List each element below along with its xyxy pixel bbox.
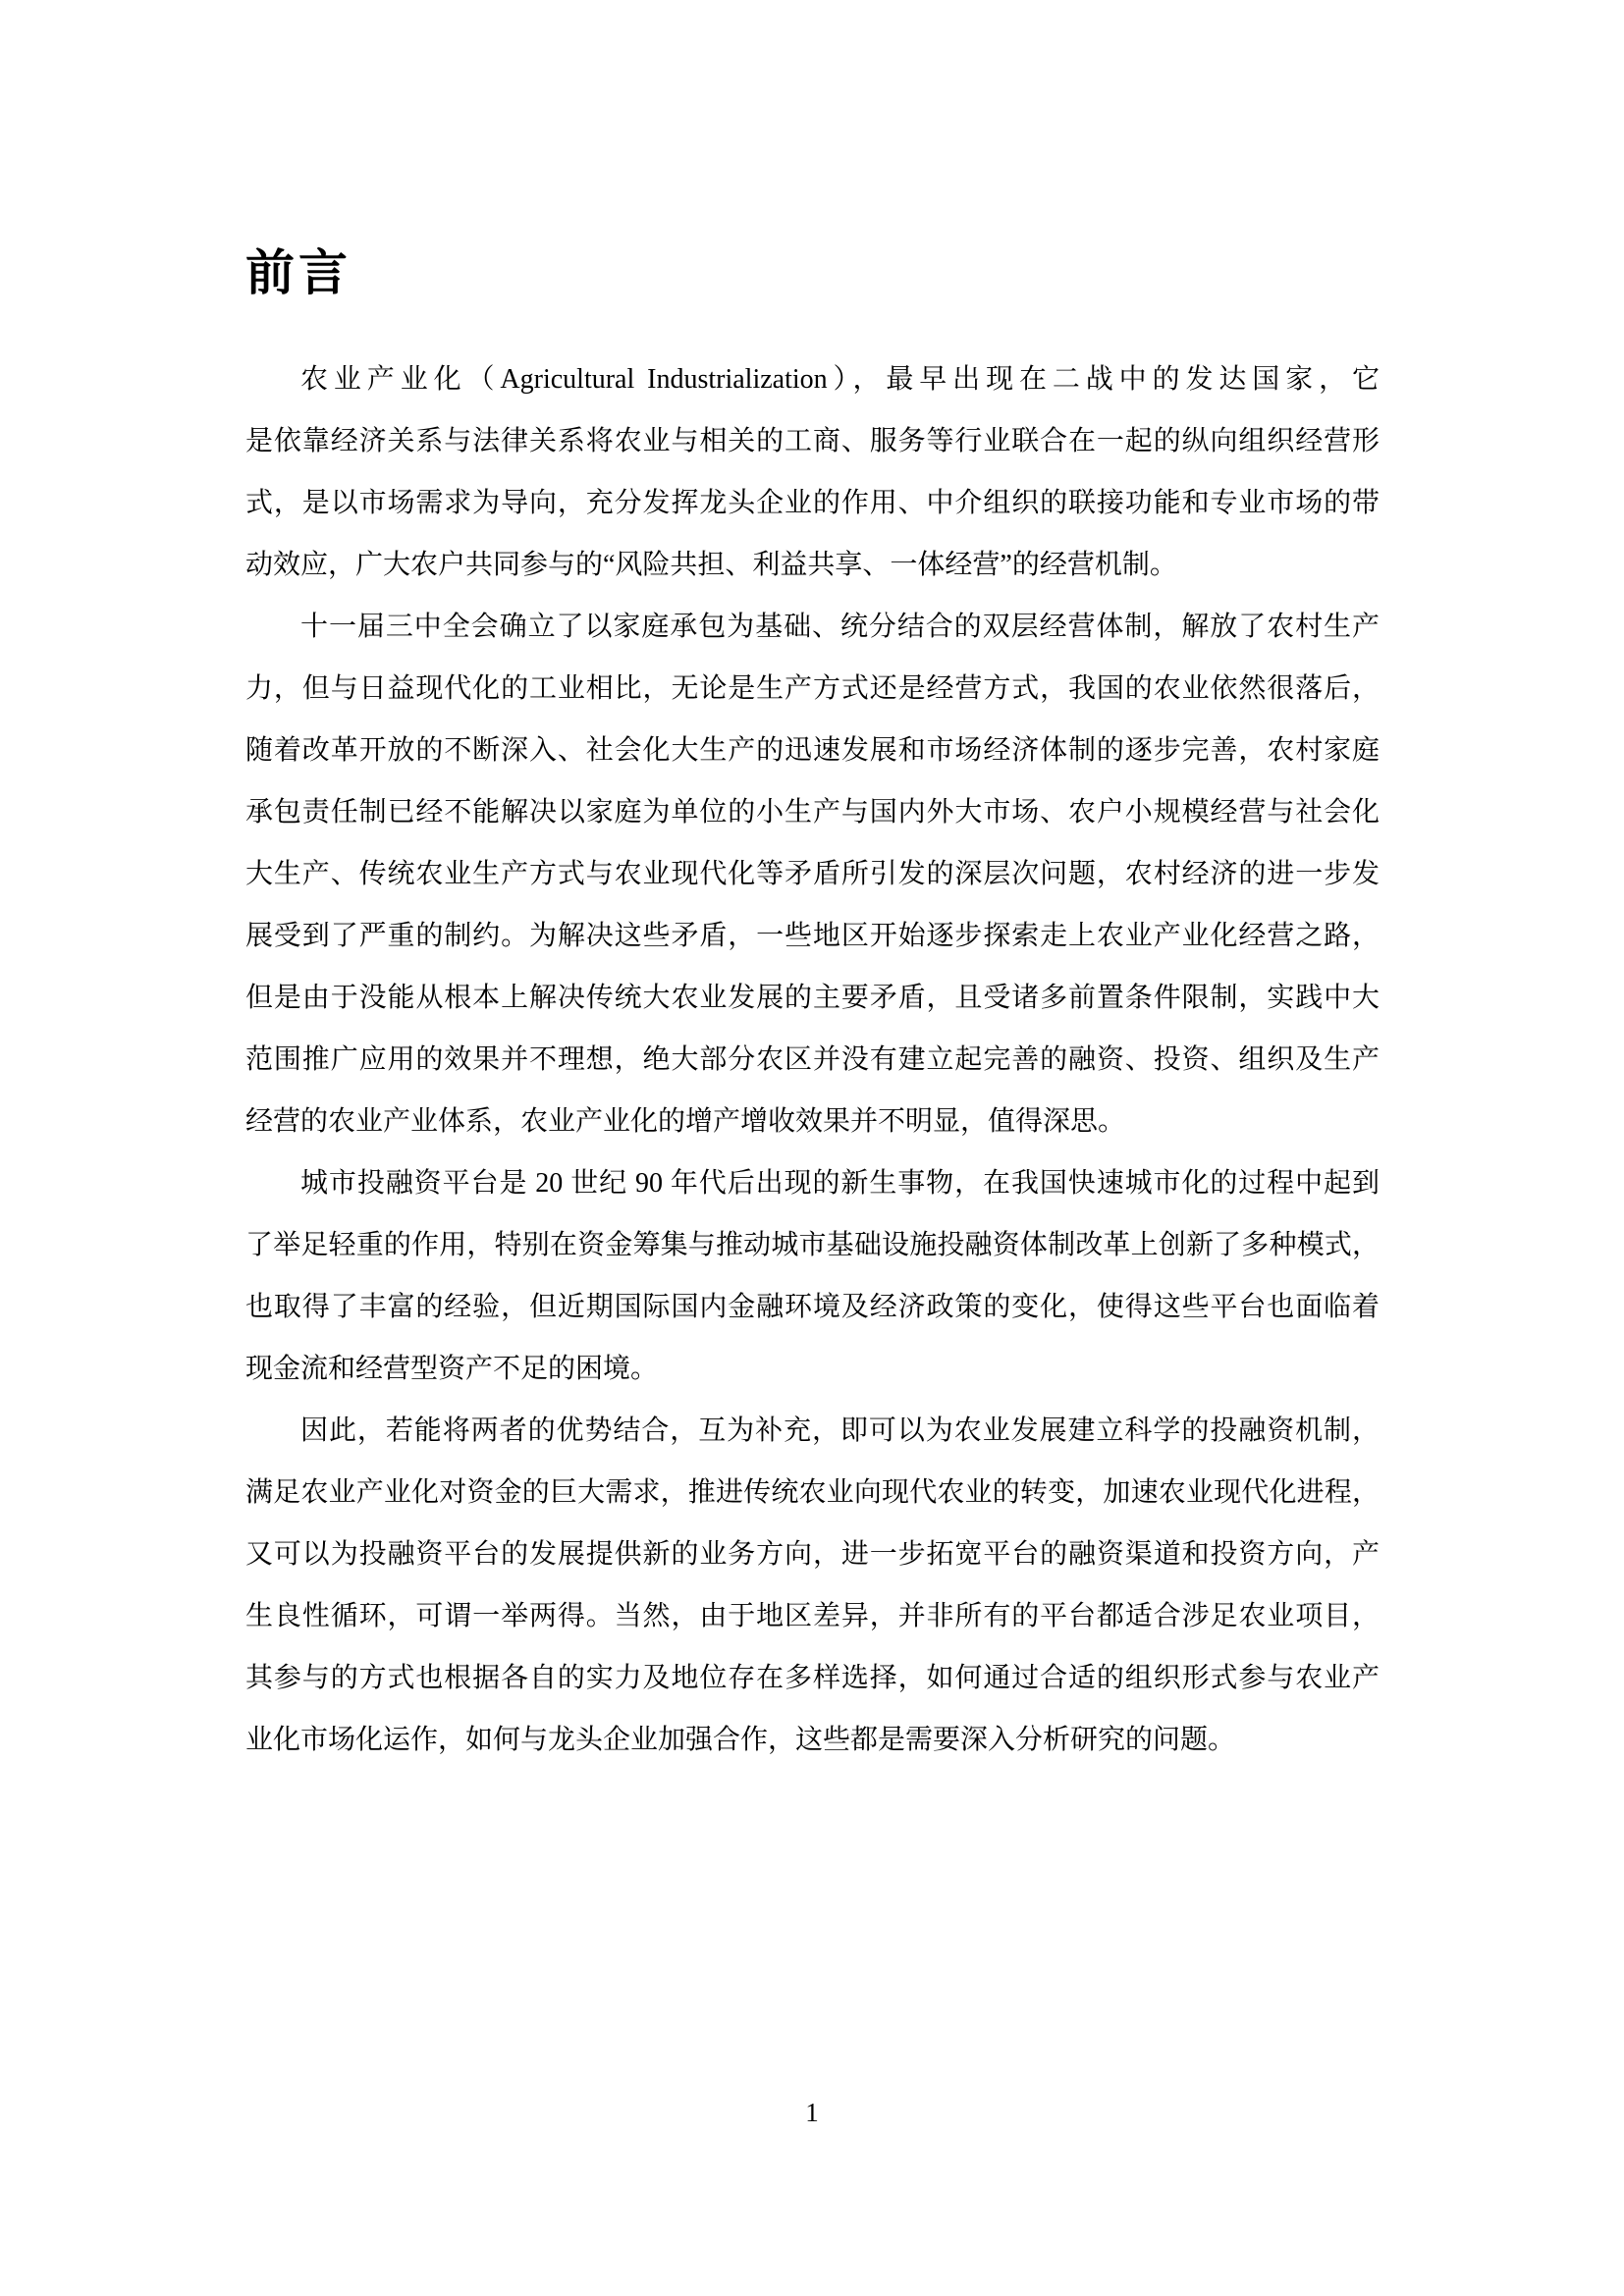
text-line: 其参与的方式也根据各自的实力及地位存在多样选择，如何通过合适的组织形式参与农业产: [245, 1647, 1380, 1709]
paragraph: 因此，若能将两者的优势结合，互为补充，即可以为农业发展建立科学的投融资机制，满足…: [245, 1400, 1380, 1771]
page-number: 1: [0, 2095, 1624, 2130]
text-line: 现金流和经营型资产不足的困境。: [245, 1338, 1380, 1400]
text-line: 展受到了严重的制约。为解决这些矛盾，一些地区开始逐步探索走上农业产业化经营之路，: [245, 905, 1380, 967]
page-title: 前言: [245, 245, 352, 302]
paragraph: 农业产业化（Agricultural Industrialization），最早…: [245, 348, 1380, 596]
text-line: 动效应，广大农户共同参与的“风险共担、利益共享、一体经营”的经营机制。: [245, 534, 1380, 596]
text-line: 但是由于没能从根本上解决传统大农业发展的主要矛盾，且受诸多前置条件限制，实践中大: [245, 967, 1380, 1029]
text-line: 城市投融资平台是 20 世纪 90 年代后出现的新生事物，在我国快速城市化的过程…: [245, 1152, 1380, 1214]
text-line: 也取得了丰富的经验，但近期国际国内金融环境及经济政策的变化，使得这些平台也面临着: [245, 1276, 1380, 1338]
text-line: 生良性循环，可谓一举两得。当然，由于地区差异，并非所有的平台都适合涉足农业项目，: [245, 1585, 1380, 1647]
text-line: 农业产业化（Agricultural Industrialization），最早…: [245, 348, 1380, 410]
text-line: 承包责任制已经不能解决以家庭为单位的小生产与国内外大市场、农户小规模经营与社会化: [245, 781, 1380, 843]
text-line: 了举足轻重的作用，特别在资金筹集与推动城市基础设施投融资体制改革上创新了多种模式…: [245, 1214, 1380, 1276]
text-line: 十一届三中全会确立了以家庭承包为基础、统分结合的双层经营体制，解放了农村生产: [245, 596, 1380, 658]
body-text: 农业产业化（Agricultural Industrialization），最早…: [245, 348, 1380, 1771]
text-line: 是依靠经济关系与法律关系将农业与相关的工商、服务等行业联合在一起的纵向组织经营形: [245, 410, 1380, 472]
paragraph: 城市投融资平台是 20 世纪 90 年代后出现的新生事物，在我国快速城市化的过程…: [245, 1152, 1380, 1400]
paragraph: 十一届三中全会确立了以家庭承包为基础、统分结合的双层经营体制，解放了农村生产力，…: [245, 596, 1380, 1152]
text-line: 因此，若能将两者的优势结合，互为补充，即可以为农业发展建立科学的投融资机制，: [245, 1400, 1380, 1462]
document-page: 前言 农业产业化（Agricultural Industrialization）…: [0, 0, 1624, 2296]
text-line: 力，但与日益现代化的工业相比，无论是生产方式还是经营方式，我国的农业依然很落后，: [245, 658, 1380, 720]
text-line: 业化市场化运作，如何与龙头企业加强合作，这些都是需要深入分析研究的问题。: [245, 1709, 1380, 1771]
text-line: 满足农业产业化对资金的巨大需求，推进传统农业向现代农业的转变，加速农业现代化进程…: [245, 1462, 1380, 1523]
text-line: 随着改革开放的不断深入、社会化大生产的迅速发展和市场经济体制的逐步完善，农村家庭: [245, 720, 1380, 781]
text-line: 大生产、传统农业生产方式与农业现代化等矛盾所引发的深层次问题，农村经济的进一步发: [245, 843, 1380, 905]
text-line: 式，是以市场需求为导向，充分发挥龙头企业的作用、中介组织的联接功能和专业市场的带: [245, 472, 1380, 534]
text-line: 经营的农业产业体系，农业产业化的增产增收效果并不明显，值得深思。: [245, 1091, 1380, 1152]
text-line: 又可以为投融资平台的发展提供新的业务方向，进一步拓宽平台的融资渠道和投资方向，产: [245, 1523, 1380, 1585]
text-line: 范围推广应用的效果并不理想，绝大部分农区并没有建立起完善的融资、投资、组织及生产: [245, 1029, 1380, 1091]
